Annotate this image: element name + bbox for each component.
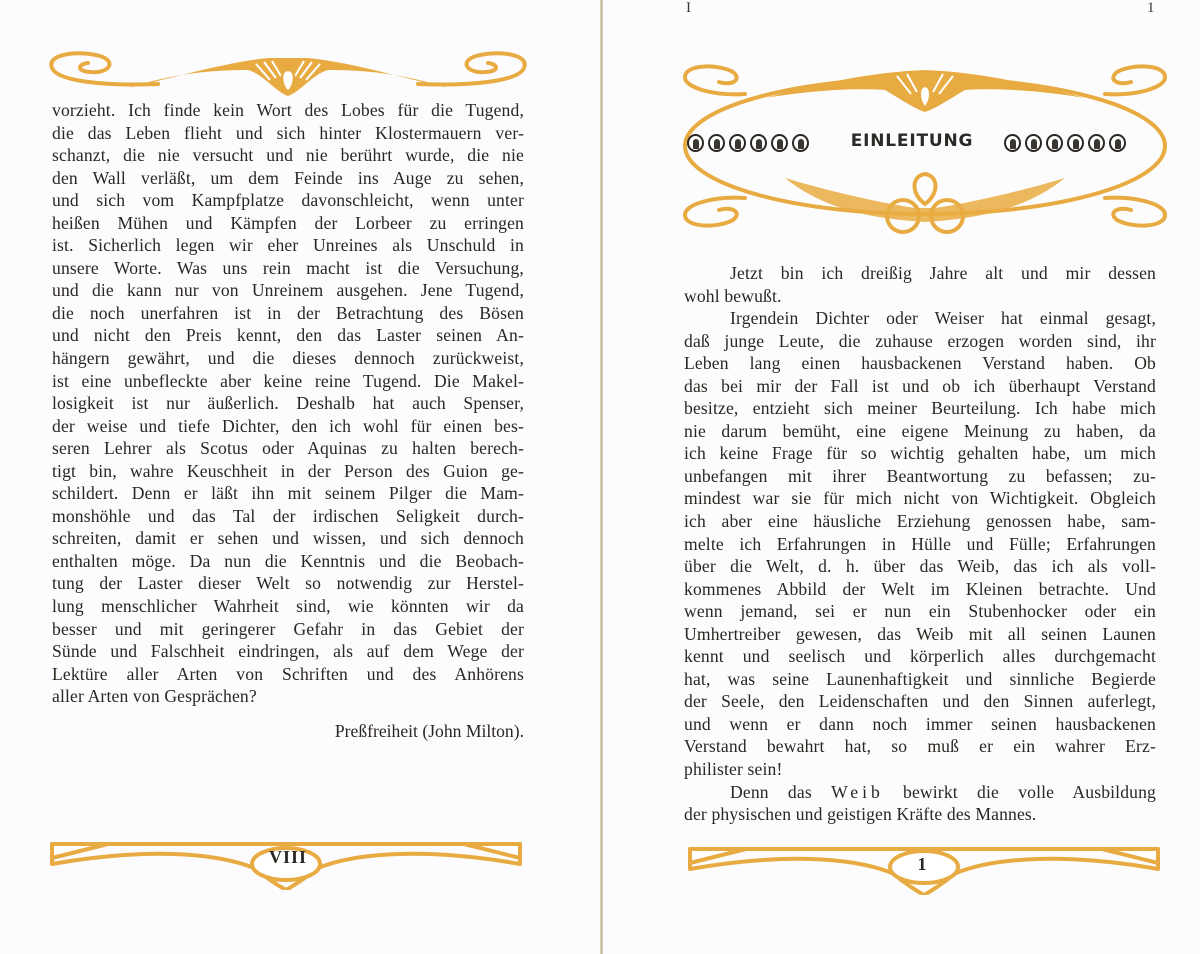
page-number: 1 [890,854,954,875]
text-line: schanzt, die nie versucht und nie berühr… [52,144,524,167]
bead-ornament-icon [792,134,809,152]
text-line: Umhertreiber gewesen, das Weib mit all s… [684,623,1156,646]
text-line: losigkeit ist nur äußerlich. Deshalb hat… [52,392,524,415]
text-line: monshöhle und das Tal der irdischen Seli… [52,505,524,528]
text-line: vorzieht. Ich finde kein Wort des Lobes … [52,99,524,122]
text-line: mindest war sie für mich nicht von Wicht… [684,487,1156,510]
right-page: EINLEITUNG Jetzt bin ich dreißig Jahre a… [603,0,1200,954]
text-line: der Seele, den Leidenschaften und den Si… [684,690,1156,713]
text-line: Irgendein Dichter oder Weiser hat einmal… [684,307,1156,330]
text-line: Sünde und Falschheit eindringen, als auf… [52,640,524,663]
text-line: und nicht den Preis kennt, den das Laste… [52,324,524,347]
text-fragment: Denn das [730,782,831,802]
quote-attribution: Preßfreiheit (John Milton). [300,721,524,742]
text-line: hängern gewährt, und die dieses dennoch … [52,347,524,370]
bead-ornament-icon [687,134,704,152]
text-line: unbefangen mit ihrer Beantwortung zu bef… [684,465,1156,488]
text-line: kommenes Abbild der Welt im Kleinen betr… [684,578,1156,601]
text-line: Lektüre aller Arten von Schriften und de… [52,663,524,686]
text-line: aller Arten von Gesprächen? [52,685,524,708]
text-line: ich aber eine häusliche Erziehung genoss… [684,510,1156,533]
bead-ornament-icon [1025,134,1042,152]
left-page-body: vorzieht. Ich finde kein Wort des Lobes … [52,99,524,708]
text-line: nie darum bemüht, eine eigene Meinung zu… [684,420,1156,443]
text-line: daß junge Leute, die zuhause erzogen wor… [684,330,1156,353]
text-line: der physischen und geistigen Kräfte des … [684,803,1156,826]
printer-signature-right: 1 [1147,0,1155,17]
text-line: schildert. Denn er läßt ihn mit seinem P… [52,482,524,505]
header-ornament-left [38,44,538,100]
text-line: tigt bin, wahre Keuschheit in der Person… [52,460,524,483]
bead-ornament-icon [1004,134,1021,152]
text-line: lung menschlicher Wahrheit sind, wie kön… [52,595,524,618]
text-line: Denn das Weib bewirkt die volle Ausbildu… [684,781,1156,804]
bead-ornament-icon [729,134,746,152]
text-line: ich keine Frage für so wichtig gehalten … [684,442,1156,465]
bead-ornament-icon [771,134,788,152]
text-line: die noch unerfahren ist in der Betrachtu… [52,302,524,325]
text-line: und sich vom Kampfplatze davonschleicht,… [52,189,524,212]
text-line: unsere Worte. Was uns rein macht ist die… [52,257,524,280]
text-line: die das Leben flieht und sich hinter Klo… [52,122,524,145]
chapter-title: EINLEITUNG [842,131,982,151]
text-line: der weise und tiefe Dichter, den ich woh… [52,415,524,438]
text-line: und die kann nur von Unreinem ausgehen. … [52,279,524,302]
text-line: ist eine unbefleckte aber keine reine Tu… [52,370,524,393]
text-line: und wenn er dann noch immer seinen hausb… [684,713,1156,736]
text-line: heißen Mühen und Kämpfen der Lorbeer zu … [52,212,524,235]
text-line: tung der Laster dieser Welt so notwendig… [52,572,524,595]
bead-ornament-icon [1088,134,1105,152]
bead-ornament-icon [1046,134,1063,152]
text-line: Leben lang einen hausbackenen Verstand h… [684,352,1156,375]
text-line: hat, was seine Launenhaftigkeit und sinn… [684,668,1156,691]
printer-signature-left: I [686,0,691,17]
text-line: seren Lehrer als Scotus oder Aquinas zu … [52,437,524,460]
text-line: enthalten möge. Da nun die Kenntnis und … [52,550,524,573]
text-line: ist. Sicherlich legen wir eher Unreines … [52,234,524,257]
text-line: Jetzt bin ich dreißig Jahre alt und mir … [684,262,1156,285]
right-page-body: Jetzt bin ich dreißig Jahre alt und mir … [684,262,1156,826]
text-line: philister sein! [684,758,1156,781]
text-line: kennt und seelisch und körperlich alles … [684,645,1156,668]
bead-ornament-icon [750,134,767,152]
text-line: besitze, entzieht sich meiner Beurteilun… [684,397,1156,420]
text-line: Verstand bewahrt hat, so muß er ein wahr… [684,735,1156,758]
scroll-ornament-icon [38,44,538,100]
left-page: vorzieht. Ich finde kein Wort des Lobes … [0,0,602,954]
emphasized-word: Weib [831,782,884,802]
text-fragment: bewirkt die volle Ausbildung [884,782,1156,802]
text-line: besser und mit geringerer Gefahr in das … [52,618,524,641]
bead-row-left [687,134,809,152]
text-line: über die Welt, d. h. über das Weib, das … [684,555,1156,578]
bead-ornament-icon [1067,134,1084,152]
text-line: melte ich Erfahrungen in Hülle und Fülle… [684,533,1156,556]
bead-ornament-icon [708,134,725,152]
text-line: schreiten, damit er sehen und wissen, un… [52,527,524,550]
bead-ornament-icon [1109,134,1126,152]
text-line: den Wall verläßt, um dem Feinde ins Auge… [52,167,524,190]
page-number: VIII [256,847,320,868]
text-line: wenn jemand, sei er nun ein Stubenhocker… [684,600,1156,623]
text-line: das bei mir der Fall ist und ob ich über… [684,375,1156,398]
bead-row-right [1004,134,1126,152]
text-line: wohl bewußt. [684,285,1156,308]
